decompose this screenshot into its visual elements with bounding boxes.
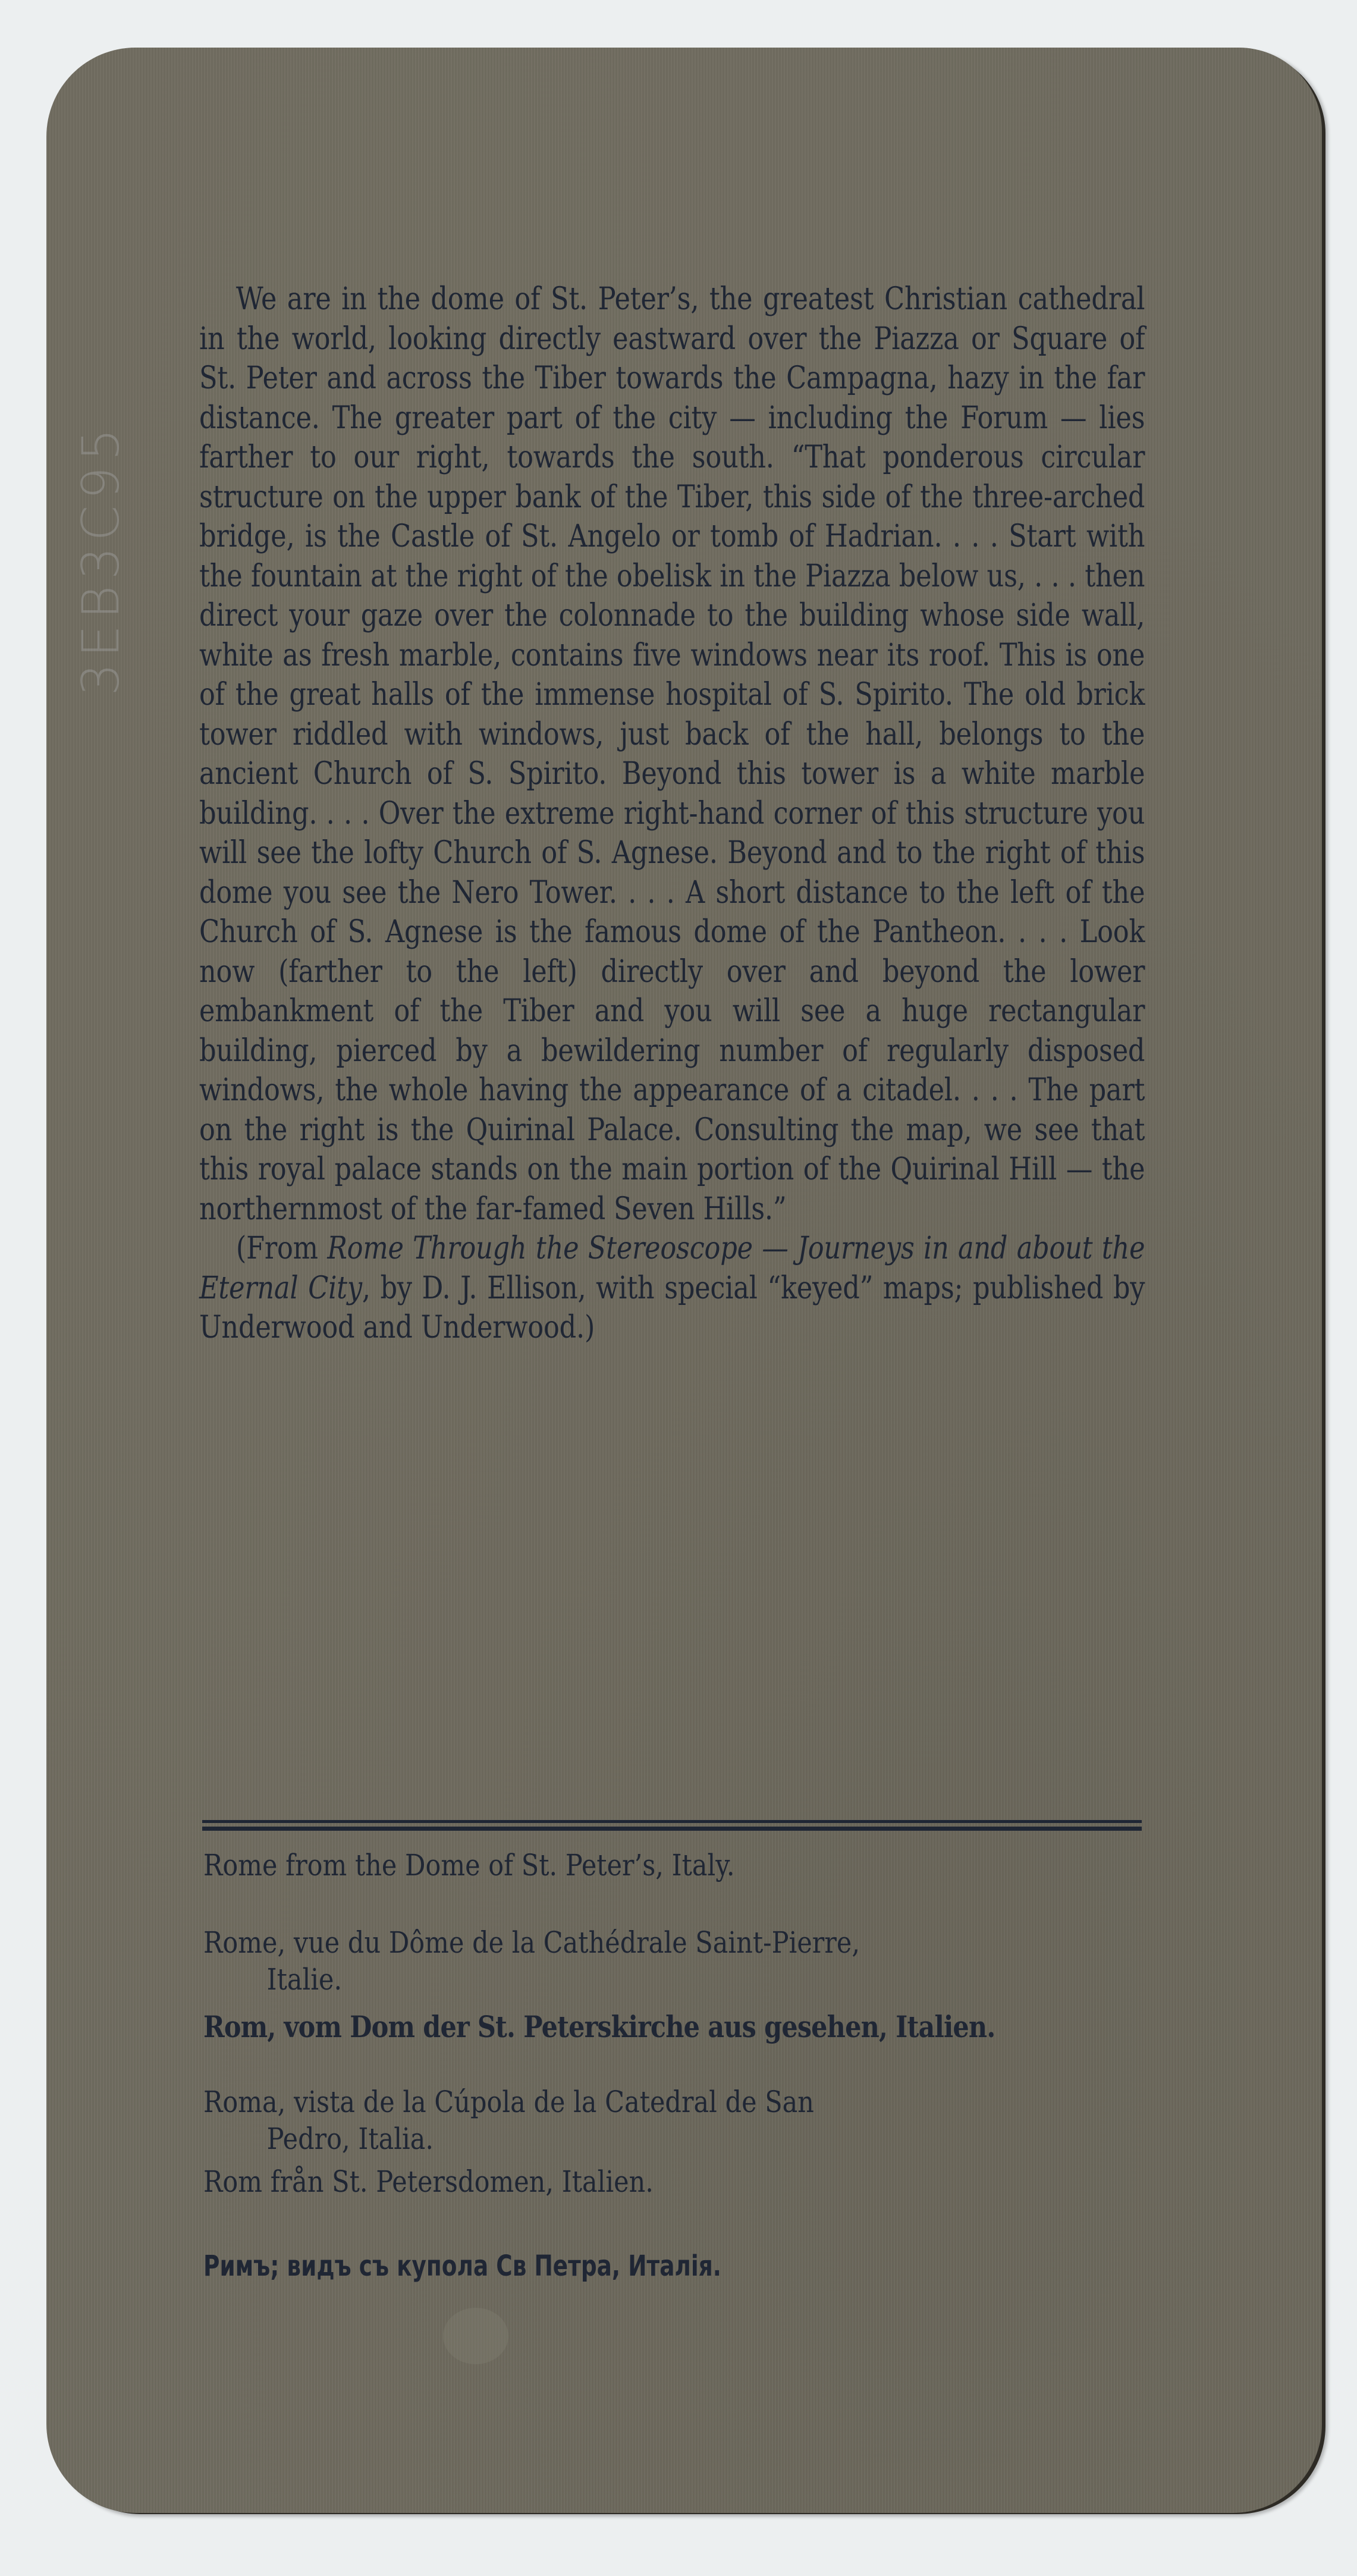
multilingual-titles: Rome from the Dome of St. Peter’s, Italy…: [203, 1847, 1155, 2285]
title-english: Rome from the Dome of St. Peter’s, Italy…: [203, 1847, 1022, 1884]
title-russian: Римъ; видъ съ купола Св Петра, Италія.: [203, 2248, 945, 2285]
citation: (From Rome Through the Stereoscope — Jou…: [199, 1229, 1145, 1348]
citation-prefix: (From: [236, 1231, 327, 1266]
pencil-mark-text: 3EB3C95: [71, 422, 131, 696]
double-rule-divider: [202, 1820, 1142, 1831]
title-spanish-line2: Pedro, Italia.: [203, 2120, 1022, 2157]
pencil-catalog-mark: 3EB3C95: [65, 381, 137, 738]
description-paragraph: We are in the dome of St. Peter’s, the g…: [199, 280, 1145, 1229]
paper-stain: [443, 2308, 508, 2364]
description-block: We are in the dome of St. Peter’s, the g…: [199, 280, 1145, 1348]
title-spanish-line1: Roma, vista de la Cúpola de la Catedral …: [203, 2085, 814, 2119]
title-french: Rome, vue du Dôme de la Cathédrale Saint…: [203, 1924, 1022, 1998]
title-swedish: Rom från St. Petersdomen, Italien.: [203, 2163, 1022, 2200]
title-french-line2: Italie.: [203, 1961, 1022, 1998]
title-french-line1: Rome, vue du Dôme de la Cathédrale Saint…: [203, 1925, 860, 1960]
title-german: Rom, vom Dom der St. Peterskirche aus ge…: [203, 2009, 1022, 2045]
title-spanish: Roma, vista de la Cúpola de la Catedral …: [203, 2084, 1022, 2157]
